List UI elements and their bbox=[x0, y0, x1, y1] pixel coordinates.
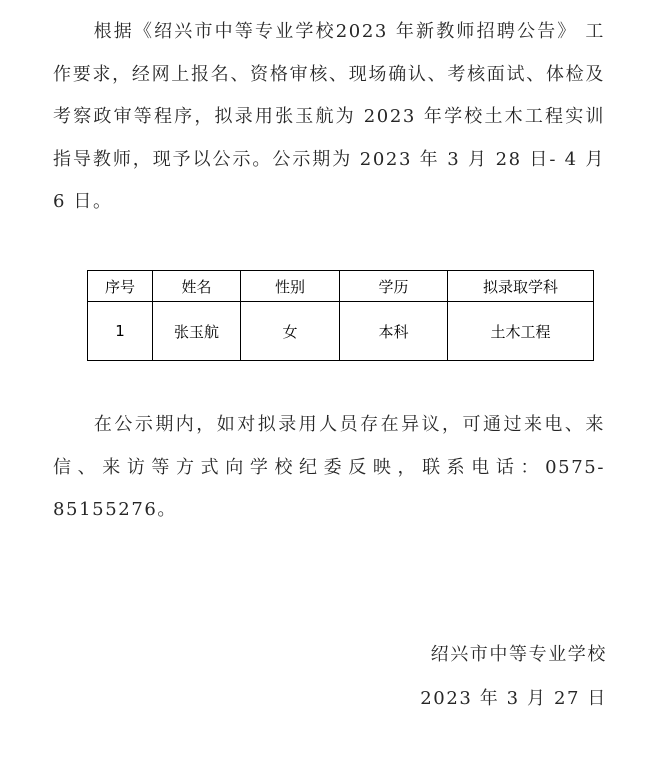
header-index: 序号 bbox=[88, 271, 153, 302]
table-row: 1 张玉航 女 本科 土木工程 bbox=[88, 302, 594, 361]
announcement-paragraph: 根据《绍兴市中等专业学校2023 年新教师招聘公告》 工作要求，经网上报名、资格… bbox=[53, 11, 605, 224]
table-header-row: 序号 姓名 性别 学历 拟录取学科 bbox=[88, 271, 594, 302]
cell-education: 本科 bbox=[340, 302, 448, 361]
header-name: 姓名 bbox=[153, 271, 241, 302]
cell-subject: 土木工程 bbox=[448, 302, 594, 361]
signature-date: 2023 年 3 月 27 日 bbox=[420, 684, 607, 710]
header-gender: 性别 bbox=[241, 271, 340, 302]
objection-text: 在公示期内，如对拟录用人员存在异议，可通过来电、来信、来访等方式向学校纪委反映，… bbox=[53, 414, 605, 520]
cell-name: 张玉航 bbox=[153, 302, 241, 361]
cell-index: 1 bbox=[88, 302, 153, 361]
cell-gender: 女 bbox=[241, 302, 340, 361]
objection-paragraph: 在公示期内，如对拟录用人员存在异议，可通过来电、来信、来访等方式向学校纪委反映，… bbox=[53, 404, 605, 532]
candidate-table: 序号 姓名 性别 学历 拟录取学科 1 张玉航 女 本科 土木工程 bbox=[87, 270, 594, 361]
header-subject: 拟录取学科 bbox=[448, 271, 594, 302]
header-education: 学历 bbox=[340, 271, 448, 302]
signature-organization: 绍兴市中等专业学校 bbox=[431, 640, 607, 666]
announcement-text: 根据《绍兴市中等专业学校2023 年新教师招聘公告》 工作要求，经网上报名、资格… bbox=[53, 21, 605, 212]
